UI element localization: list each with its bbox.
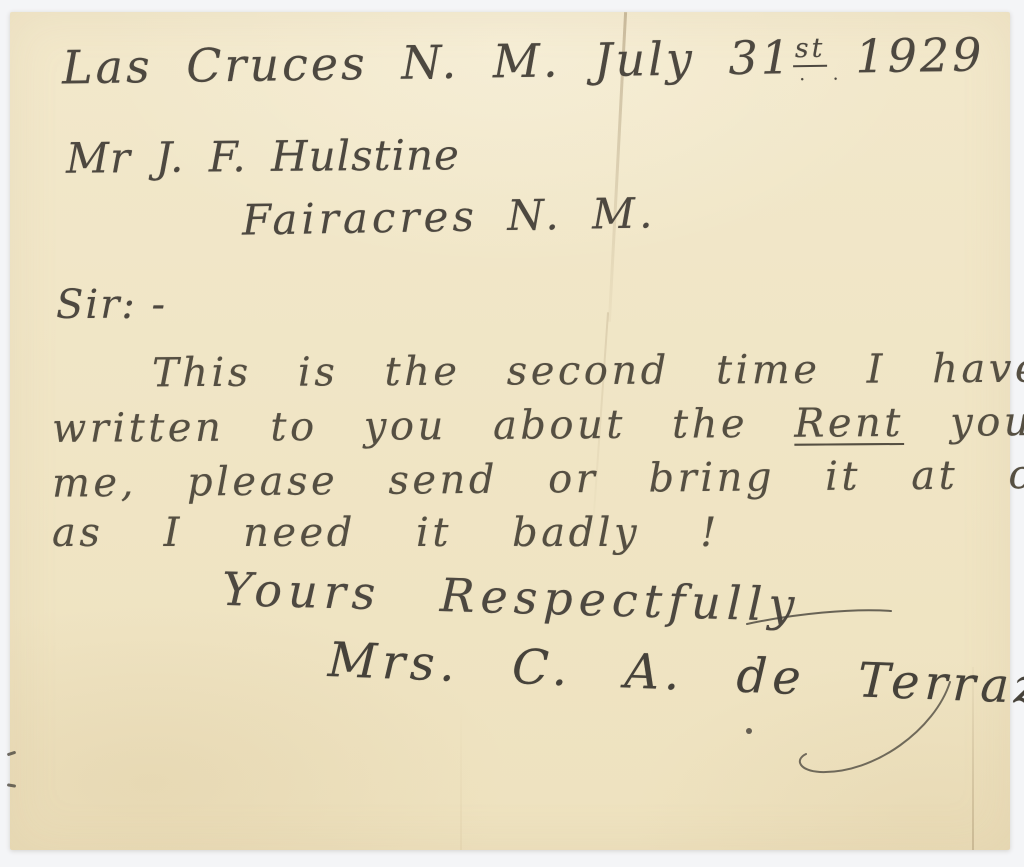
body-line-1: This is the second time I have [152, 346, 1024, 397]
stray-ink-dot [746, 728, 752, 734]
left-edge-ink-mark-1 [7, 751, 16, 757]
fold-crease-bottom-left [460, 702, 462, 850]
salutation: Sir: - [56, 282, 167, 328]
closing: Yours Respectfully [221, 562, 801, 632]
body-line-4: as I need it badly ! [52, 510, 720, 556]
ordinal-wrap: st. . [793, 30, 828, 84]
body-line-2: written to you about the Rent you owe [52, 398, 1024, 452]
body-line-2-before-rent: written to you about the [52, 401, 748, 452]
scan-background: Las Cruces N. M. July 31st. .1929 Mr J. … [0, 0, 1024, 867]
body-line-3: me, please send or bring it at once [52, 451, 1024, 506]
letter-paper: Las Cruces N. M. July 31st. .1929 Mr J. … [10, 12, 1010, 850]
recipient-address: Fairacres N. M. [242, 188, 657, 244]
body-line-2-after-rent: you owe [950, 398, 1024, 446]
dateline-ordinal: st [793, 32, 828, 66]
recipient-name: Mr J. F. Hulstine [66, 130, 460, 182]
signature: Mrs. C. A. de Terrazas [327, 632, 1024, 718]
left-edge-ink-mark-2 [7, 783, 16, 788]
dateline-year: 1929 [855, 28, 985, 84]
dateline-place-date: Las Cruces N. M. July 31 [62, 30, 794, 94]
dateline-ordinal-marks: . . [799, 64, 841, 86]
rent-underlined-word: Rent [794, 400, 904, 447]
dateline: Las Cruces N. M. July 31st. .1929 [62, 28, 985, 95]
